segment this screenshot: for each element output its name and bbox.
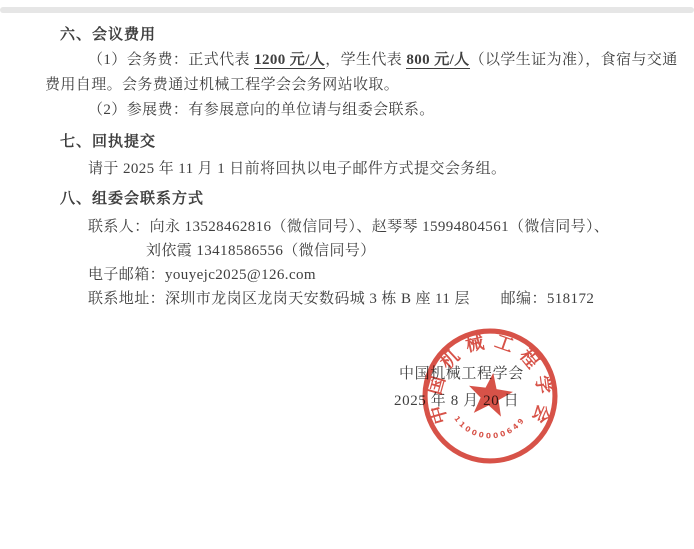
fees-line1: （1）会务费：正式代表 1200 元/人，学生代表 800 元/人（以学生证为准… xyxy=(88,52,678,69)
contact-email-line: 电子邮箱：youyejc2025@126.com xyxy=(88,267,316,284)
section-contact-heading: 八、组委会联系方式 xyxy=(60,191,204,208)
fees-line1-post: （以学生证为准），食宿与交通 xyxy=(470,52,678,68)
section-receipt-heading: 七、回执提交 xyxy=(60,134,156,151)
seal-star-icon xyxy=(465,370,515,418)
scan-artifact-band xyxy=(0,7,694,13)
receipt-line1: 请于 2025 年 11 月 1 日前将回执以电子邮件方式提交会务组。 xyxy=(88,161,506,178)
fees-line2: 费用自理。会务费通过机械工程学会会务网站收取。 xyxy=(45,77,399,94)
fees-line1-mid: ，学生代表 xyxy=(325,52,406,68)
section-fees-heading: 六、会议费用 xyxy=(60,27,156,44)
fee-student-underlined: 800 元/人 xyxy=(406,52,469,69)
contact-persons-line2: 刘依霞 13418586556（微信同号） xyxy=(146,243,376,260)
fees-line3: （2）参展费：有参展意向的单位请与组委会联系。 xyxy=(88,102,435,119)
contact-persons-line1: 联系人：向永 13528462816（微信同号）、赵琴琴 15994804561… xyxy=(88,219,609,236)
document-page: 六、会议费用 （1）会务费：正式代表 1200 元/人，学生代表 800 元/人… xyxy=(0,0,694,549)
fees-line1-pre: （1）会务费：正式代表 xyxy=(88,52,254,68)
contact-address-line: 联系地址：深圳市龙岗区龙岗天安数码城 3 栋 B 座 11 层 邮编：51817… xyxy=(88,291,594,308)
official-seal-stamp: 中国机械工程学会 1100000064927 xyxy=(417,323,563,469)
fee-regular-underlined: 1200 元/人 xyxy=(254,52,325,69)
